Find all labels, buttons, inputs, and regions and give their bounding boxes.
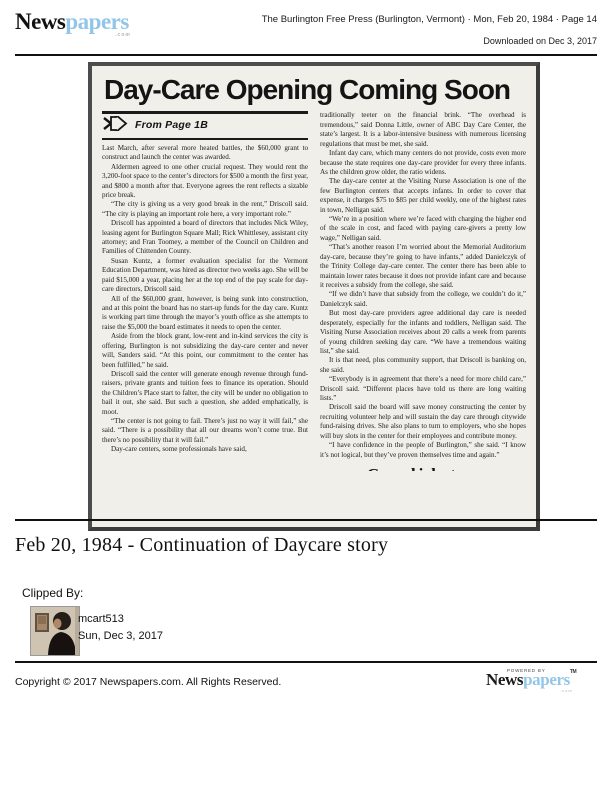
article-paragraph: Day-care centers, some professionals hav… bbox=[102, 445, 308, 454]
footer-logo-text: NewspapersTM bbox=[486, 671, 596, 688]
article-columns: From Page 1B Last March, after several m… bbox=[102, 111, 526, 497]
header-citation: The Burlington Free Press (Burlington, V… bbox=[262, 14, 597, 46]
right-column-text: traditionally teeter on the financial br… bbox=[320, 111, 526, 460]
article-paragraph: Infant day care, which many centers do n… bbox=[320, 149, 526, 177]
article-headline: Day-Care Opening Coming Soon bbox=[104, 75, 526, 104]
source-citation: The Burlington Free Press (Burlington, V… bbox=[262, 14, 597, 25]
clipper-username[interactable]: mcart513 bbox=[78, 613, 124, 625]
article-paragraph: The day-care center at the Visiting Nurs… bbox=[320, 177, 526, 215]
clip-date: Sun, Dec 3, 2017 bbox=[78, 630, 163, 642]
article-paragraph: Driscoll said the center will generate e… bbox=[102, 370, 308, 417]
article-column-left: From Page 1B Last March, after several m… bbox=[102, 111, 308, 497]
logo-com-suffix: .com bbox=[115, 33, 131, 38]
article-paragraph: “I have confidence in the people of Burl… bbox=[320, 441, 526, 460]
article-paragraph: Aldermen agreed to one other crucial req… bbox=[102, 163, 308, 201]
jump-label: From Page 1B bbox=[135, 119, 208, 133]
double-arrow-right-icon bbox=[102, 116, 128, 134]
clipped-by-label: Clipped By: bbox=[22, 586, 83, 600]
article-paragraph: Aside from the block grant, low-rent and… bbox=[102, 332, 308, 370]
footer-logo-news: News bbox=[486, 670, 523, 689]
footer-divider bbox=[15, 661, 597, 663]
clipping-divider bbox=[15, 519, 597, 521]
article-paragraph: Driscoll said the board will save money … bbox=[320, 403, 526, 441]
cutoff-headline-fragment: Candidates bbox=[320, 464, 526, 471]
newspapers-clipping-page: Newspapers .com The Burlington Free Pres… bbox=[0, 0, 612, 792]
newspaper-clipping-image: Day-Care Opening Coming Soon From Page 1… bbox=[88, 62, 540, 531]
footer-logo-papers: papers bbox=[523, 670, 570, 689]
article-column-right: traditionally teeter on the financial br… bbox=[320, 111, 526, 497]
left-column-text: Last March, after several more heated ba… bbox=[102, 144, 308, 455]
article-paragraph: “That’s another reason I’m worried about… bbox=[320, 243, 526, 290]
newspapers-logo[interactable]: Newspapers .com bbox=[15, 10, 129, 33]
article-paragraph: But most day-care providers agree additi… bbox=[320, 309, 526, 356]
article-paragraph: traditionally teeter on the financial br… bbox=[320, 111, 526, 149]
logo-text-news: News bbox=[15, 9, 65, 34]
user-profile-photo-icon bbox=[31, 607, 79, 655]
copyright-text: Copyright © 2017 Newspapers.com. All Rig… bbox=[15, 676, 281, 688]
powered-by-newspapers-logo[interactable]: POWERED BY NewspapersTM .com bbox=[486, 668, 596, 693]
article-paragraph: “We’re in a position where we’re faced w… bbox=[320, 215, 526, 243]
jump-reference-tag: From Page 1B bbox=[102, 111, 308, 139]
article-paragraph: It is that need, plus community support,… bbox=[320, 356, 526, 375]
article-paragraph: All of the $60,000 grant, however, is be… bbox=[102, 295, 308, 333]
header-divider bbox=[15, 54, 597, 56]
article-paragraph: “The city is giving us a very good break… bbox=[102, 200, 308, 219]
article-paragraph: Driscoll has appointed a board of direct… bbox=[102, 219, 308, 257]
article-paragraph: Susan Kuntz, a former evaluation special… bbox=[102, 257, 308, 295]
article-paragraph: “Everybody is in agreement that there’s … bbox=[320, 375, 526, 403]
user-avatar[interactable] bbox=[30, 606, 80, 656]
trademark-symbol: TM bbox=[570, 669, 576, 675]
article-paragraph: “The center is not going to fail. There’… bbox=[102, 417, 308, 445]
downloaded-date: Downloaded on Dec 3, 2017 bbox=[262, 36, 597, 46]
logo-text-papers: papers bbox=[65, 9, 128, 34]
article-paragraph: Last March, after several more heated ba… bbox=[102, 144, 308, 163]
clip-title: Feb 20, 1984 - Continuation of Daycare s… bbox=[15, 534, 388, 557]
article-paragraph: “If we didn’t have that subsidy from the… bbox=[320, 290, 526, 309]
